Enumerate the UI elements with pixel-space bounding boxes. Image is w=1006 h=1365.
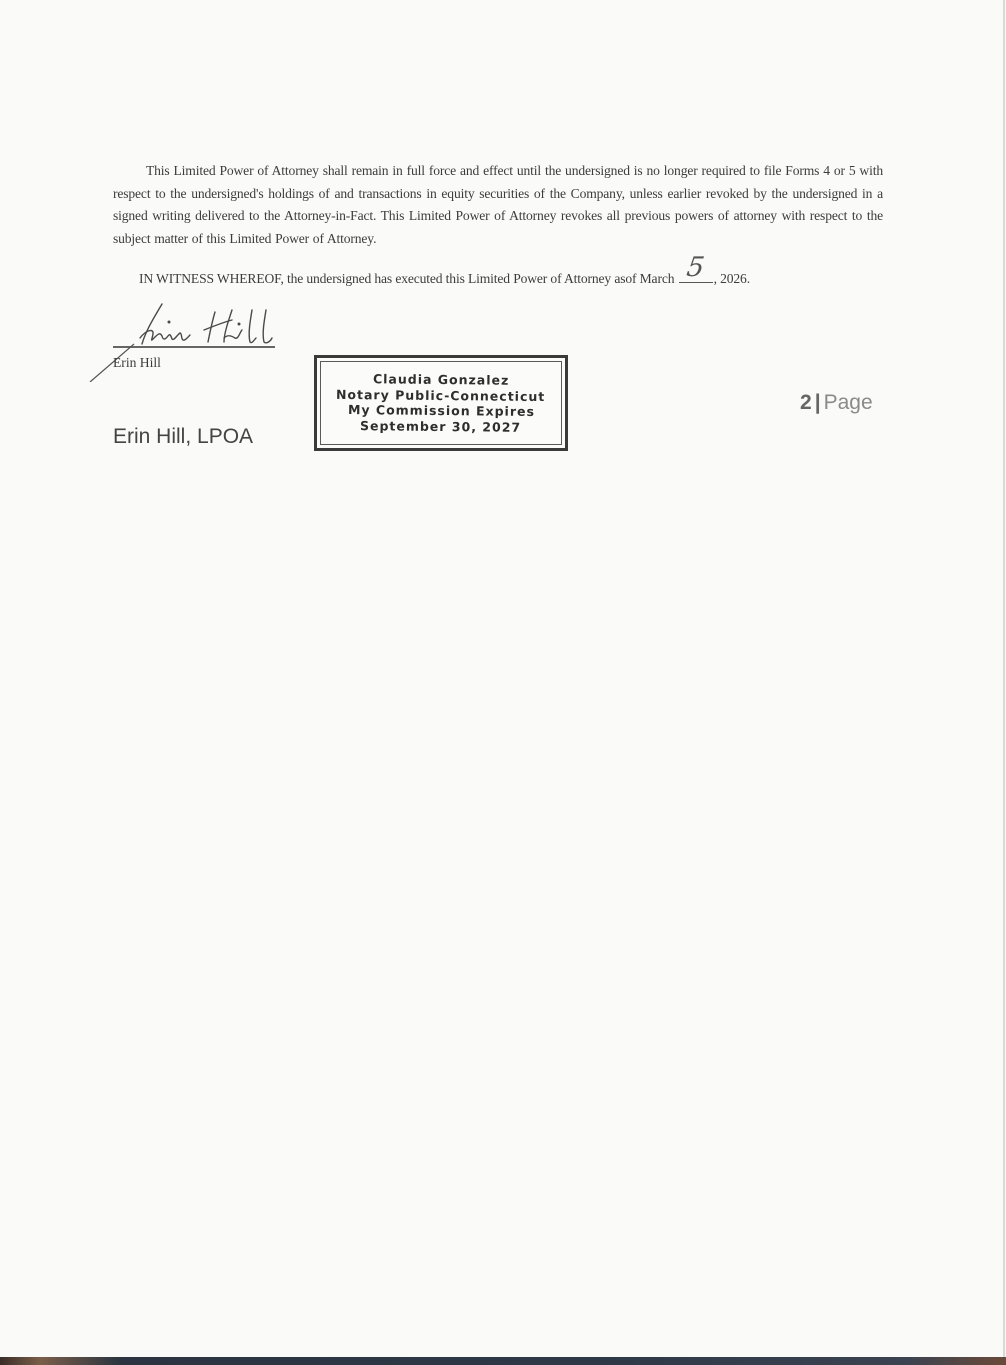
- notary-stamp: Claudia Gonzalez Notary Public-Connectic…: [314, 355, 568, 451]
- notary-stamp-text: Claudia Gonzalez Notary Public-Connectic…: [320, 361, 562, 445]
- handwritten-signature: [120, 300, 278, 348]
- witness-text: IN WITNESS WHEREOF, the undersigned has …: [139, 271, 674, 286]
- signature-icon: [120, 300, 278, 348]
- notary-commission-label: My Commission Expires: [347, 402, 534, 419]
- document-page: This Limited Power of Attorney shall rem…: [0, 0, 1005, 1357]
- page-separator: |: [815, 391, 821, 414]
- scan-bottom-edge: [0, 1357, 1006, 1365]
- witness-clause: IN WITNESS WHEREOF, the undersigned has …: [139, 268, 750, 287]
- term-paragraph: This Limited Power of Attorney shall rem…: [113, 160, 883, 250]
- handwritten-day: 5: [684, 252, 705, 283]
- notary-name: Claudia Gonzalez: [373, 371, 509, 388]
- witness-year: , 2026.: [714, 271, 750, 286]
- page-number: 2|Page: [800, 391, 873, 415]
- page-label: Page: [824, 391, 873, 414]
- day-blank: 5: [679, 268, 713, 283]
- notary-commission-date: September 30, 2027: [360, 418, 521, 435]
- signer-caption: Erin Hill, LPOA: [113, 425, 253, 449]
- signer-name: Erin Hill: [113, 355, 161, 371]
- page-number-value: 2: [800, 391, 812, 414]
